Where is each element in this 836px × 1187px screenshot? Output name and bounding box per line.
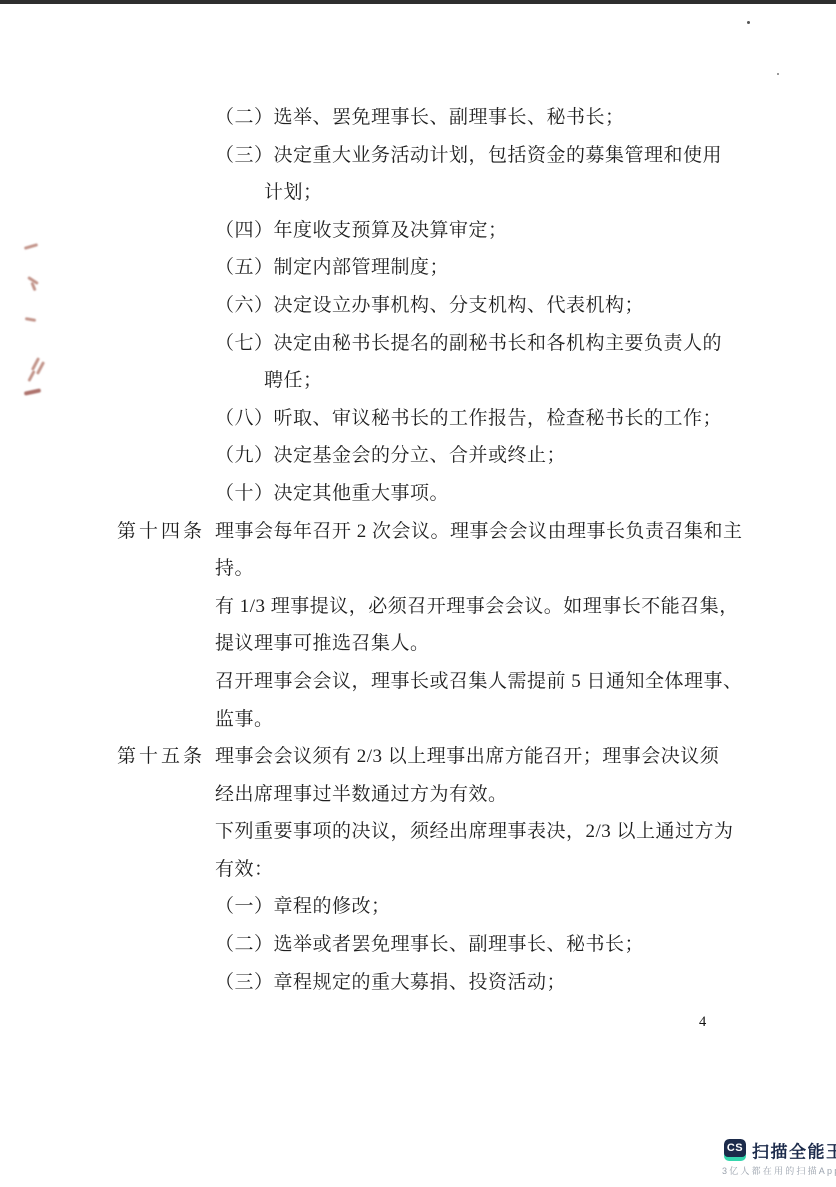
doc-line-text: （三）章程规定的重大募捐、投资活动；: [215, 972, 566, 993]
doc-line-article-15: 第十五条 理事会会议须有 2/3 以上理事出席方能召开；理事会决议须: [0, 738, 836, 776]
doc-line-text: 召开理事会会议，理事长或召集人需提前 5 日通知全体理事、: [215, 671, 743, 692]
doc-line: （四）年度收支预算及决算审定；: [0, 212, 836, 250]
doc-line: 有效：: [0, 851, 836, 889]
doc-line-text: 有效：: [215, 859, 274, 880]
doc-line-text: 下列重要事项的决议，须经出席理事表决，2/3 以上通过方为: [215, 821, 734, 842]
doc-line-text: （七）决定由秘书长提名的副秘书长和各机构主要负责人的: [215, 333, 722, 354]
article-number: 第十五条: [117, 738, 205, 776]
doc-line-text: （一）章程的修改；: [215, 896, 391, 917]
doc-line-text: （八）听取、审议秘书长的工作报告，检查秘书长的工作；: [215, 408, 722, 429]
doc-line: 监事。: [0, 701, 836, 739]
app-name: 扫描全能王™: [752, 1139, 836, 1161]
doc-line: 经出席理事过半数通过方为有效。: [0, 776, 836, 814]
doc-line-text: （二）选举或者罢免理事长、副理事长、秘书长；: [215, 934, 644, 955]
scan-speck: [777, 73, 779, 75]
doc-line: 下列重要事项的决议，须经出席理事表决，2/3 以上通过方为: [0, 813, 836, 851]
scan-speck: [747, 21, 750, 24]
doc-line: 计划；: [0, 174, 836, 212]
doc-line: （二）选举或者罢免理事长、副理事长、秘书长；: [0, 926, 836, 964]
doc-line-text: 有 1/3 理事提议，必须召开理事会会议。如理事长不能召集，: [215, 596, 739, 617]
doc-line-text: （三）决定重大业务活动计划，包括资金的募集管理和使用: [215, 145, 722, 166]
app-tagline: 3亿人都在用的扫描App: [722, 1164, 836, 1177]
doc-line: （三）决定重大业务活动计划，包括资金的募集管理和使用: [0, 137, 836, 175]
camscanner-watermark: CS 扫描全能王™ 3亿人都在用的扫描App: [700, 1136, 832, 1180]
doc-line: （七）决定由秘书长提名的副秘书长和各机构主要负责人的: [0, 325, 836, 363]
doc-line-text: 理事会每年召开 2 次会议。理事会会议由理事长负责召集和主: [215, 521, 743, 542]
camscanner-logo-icon: CS: [724, 1139, 746, 1161]
doc-line-article-14: 第十四条 理事会每年召开 2 次会议。理事会会议由理事长负责召集和主: [0, 513, 836, 551]
doc-line: （十）决定其他重大事项。: [0, 475, 836, 513]
doc-line-text: 监事。: [215, 709, 274, 730]
doc-line-text: 计划；: [264, 182, 323, 203]
doc-line-text: 聘任；: [264, 370, 323, 391]
page-number: 4: [699, 1014, 706, 1031]
doc-line: 聘任；: [0, 362, 836, 400]
doc-line: （三）章程规定的重大募捐、投资活动；: [0, 964, 836, 1002]
document-body: （二）选举、罢免理事长、副理事长、秘书长； （三）决定重大业务活动计划，包括资金…: [0, 99, 836, 1001]
doc-line: （一）章程的修改；: [0, 888, 836, 926]
doc-line-text: （四）年度收支预算及决算审定；: [215, 220, 508, 241]
doc-line-text: 提议理事可推选召集人。: [215, 633, 430, 654]
doc-line-text: （五）制定内部管理制度；: [215, 257, 449, 278]
doc-line: 有 1/3 理事提议，必须召开理事会会议。如理事长不能召集，: [0, 588, 836, 626]
app-name-text: 扫描全能王: [752, 1143, 836, 1162]
doc-line: （六）决定设立办事机构、分支机构、代表机构；: [0, 287, 836, 325]
doc-line-text: （十）决定其他重大事项。: [215, 483, 449, 504]
doc-line: （八）听取、审议秘书长的工作报告，检查秘书长的工作；: [0, 400, 836, 438]
logo-cs-letters: CS: [724, 1139, 746, 1157]
doc-line: （二）选举、罢免理事长、副理事长、秘书长；: [0, 99, 836, 137]
doc-line-text: 经出席理事过半数通过方为有效。: [215, 784, 508, 805]
doc-line-text: （二）选举、罢免理事长、副理事长、秘书长；: [215, 107, 625, 128]
article-number: 第十四条: [117, 513, 205, 551]
doc-line-text: （九）决定基金会的分立、合并或终止；: [215, 445, 566, 466]
doc-line-text: 理事会会议须有 2/3 以上理事出席方能召开；理事会决议须: [215, 746, 719, 767]
doc-line-text: （六）决定设立办事机构、分支机构、代表机构；: [215, 295, 644, 316]
scanned-document-page: （二）选举、罢免理事长、副理事长、秘书长； （三）决定重大业务活动计划，包括资金…: [0, 0, 836, 1187]
doc-line: 召开理事会会议，理事长或召集人需提前 5 日通知全体理事、: [0, 663, 836, 701]
doc-line: 提议理事可推选召集人。: [0, 625, 836, 663]
doc-line: 持。: [0, 550, 836, 588]
scan-edge-bar: [0, 0, 836, 4]
doc-line: （九）决定基金会的分立、合并或终止；: [0, 437, 836, 475]
doc-line: （五）制定内部管理制度；: [0, 249, 836, 287]
doc-line-text: 持。: [215, 558, 254, 579]
